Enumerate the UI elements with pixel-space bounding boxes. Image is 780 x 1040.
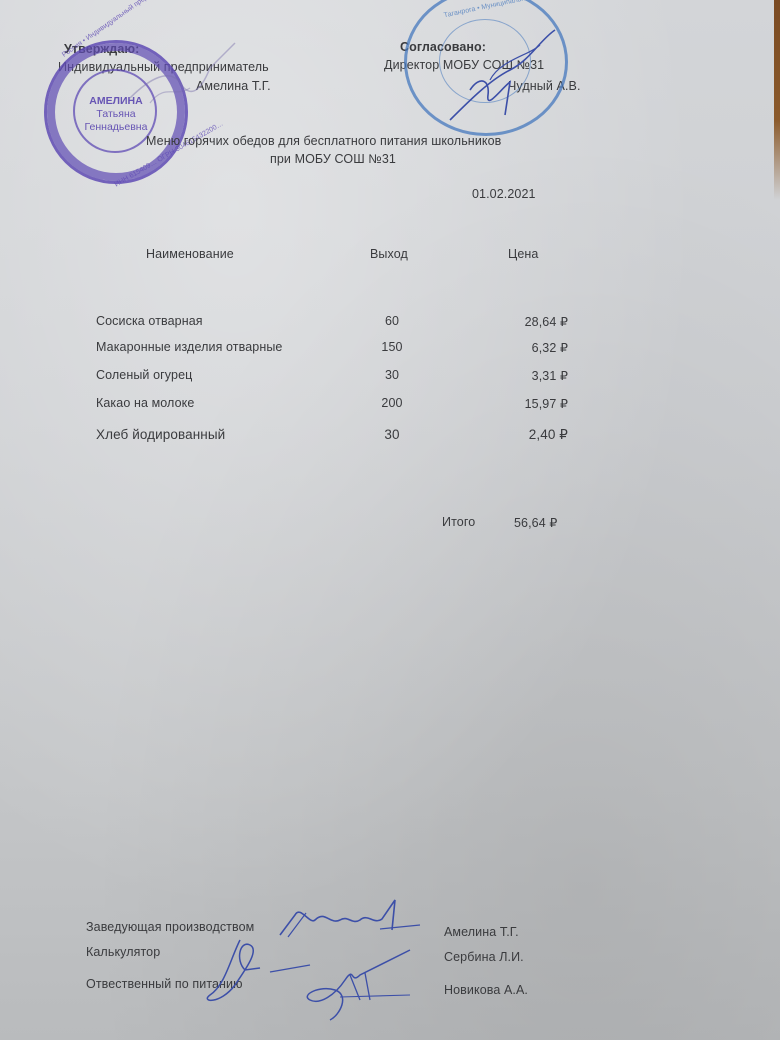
agreed-position: Директор МОБУ СОШ №31 [384, 58, 544, 72]
row-name: Сосиска отварная [96, 314, 203, 328]
row-output: 60 [362, 314, 422, 328]
column-header-output: Выход [370, 247, 408, 261]
signature-role-calculator: Калькулятор [86, 945, 160, 959]
row-name: Макаронные изделия отварные [96, 340, 282, 354]
total-value: 56,64 ₽ [514, 515, 557, 530]
production-signature [270, 895, 430, 945]
agreed-label: Согласовано: [400, 40, 486, 54]
stamp-inner-ring [73, 69, 157, 153]
stamp-line-name: Татьяна [47, 108, 185, 121]
document-subtitle: при МОБУ СОШ №31 [270, 152, 396, 166]
signature-name-production: Амелина Т.Г. [444, 925, 519, 939]
approve-label: Утверждаю: [64, 42, 139, 56]
total-label: Итого [442, 515, 475, 529]
row-output: 30 [362, 427, 422, 442]
signature-name-calculator: Сербина Л.И. [444, 950, 524, 964]
column-header-name: Наименование [146, 247, 234, 261]
document-page: Утверждаю: Индивидуальный предпринимател… [0, 0, 780, 1040]
signature-role-nutrition: Отвественный по питанию [86, 977, 243, 991]
approve-position: Индивидуальный предприниматель [58, 60, 269, 74]
column-header-price: Цена [508, 247, 538, 261]
row-price: 3,31 ₽ [478, 368, 568, 383]
approve-name: Амелина Т.Г. [196, 79, 271, 93]
agreed-signature [430, 20, 570, 130]
signature-role-production: Заведующая производством [86, 920, 254, 934]
table-edge-background [774, 0, 780, 200]
row-name: Соленый огурец [96, 368, 192, 382]
row-price: 28,64 ₽ [478, 314, 568, 329]
row-price: 15,97 ₽ [478, 396, 568, 411]
row-output: 200 [362, 396, 422, 410]
stamp-line-surname: АМЕЛИНА [47, 95, 185, 108]
row-output: 150 [362, 340, 422, 354]
document-title: Меню горячих обедов для бесплатного пита… [146, 134, 501, 148]
row-name: Какао на молоке [96, 396, 194, 410]
stamp-ring-bottom-text: ИНН 615409… ОГРН 304615432200… [114, 120, 225, 188]
document-date: 01.02.2021 [472, 187, 536, 201]
row-price: 2,40 ₽ [478, 427, 568, 443]
stamp-line-patronymic: Геннадьевна [47, 121, 185, 134]
row-price: 6,32 ₽ [478, 340, 568, 355]
row-name: Хлеб йодированный [96, 427, 225, 442]
signature-name-nutrition: Новикова А.А. [444, 983, 528, 997]
row-output: 30 [362, 368, 422, 382]
agreed-name: Чудный А.В. [508, 79, 581, 93]
stamp-ring-top-text: Таганрога • Муниципальное [443, 0, 533, 19]
calculator-signature [190, 930, 340, 1010]
nutrition-signature [300, 945, 430, 1025]
